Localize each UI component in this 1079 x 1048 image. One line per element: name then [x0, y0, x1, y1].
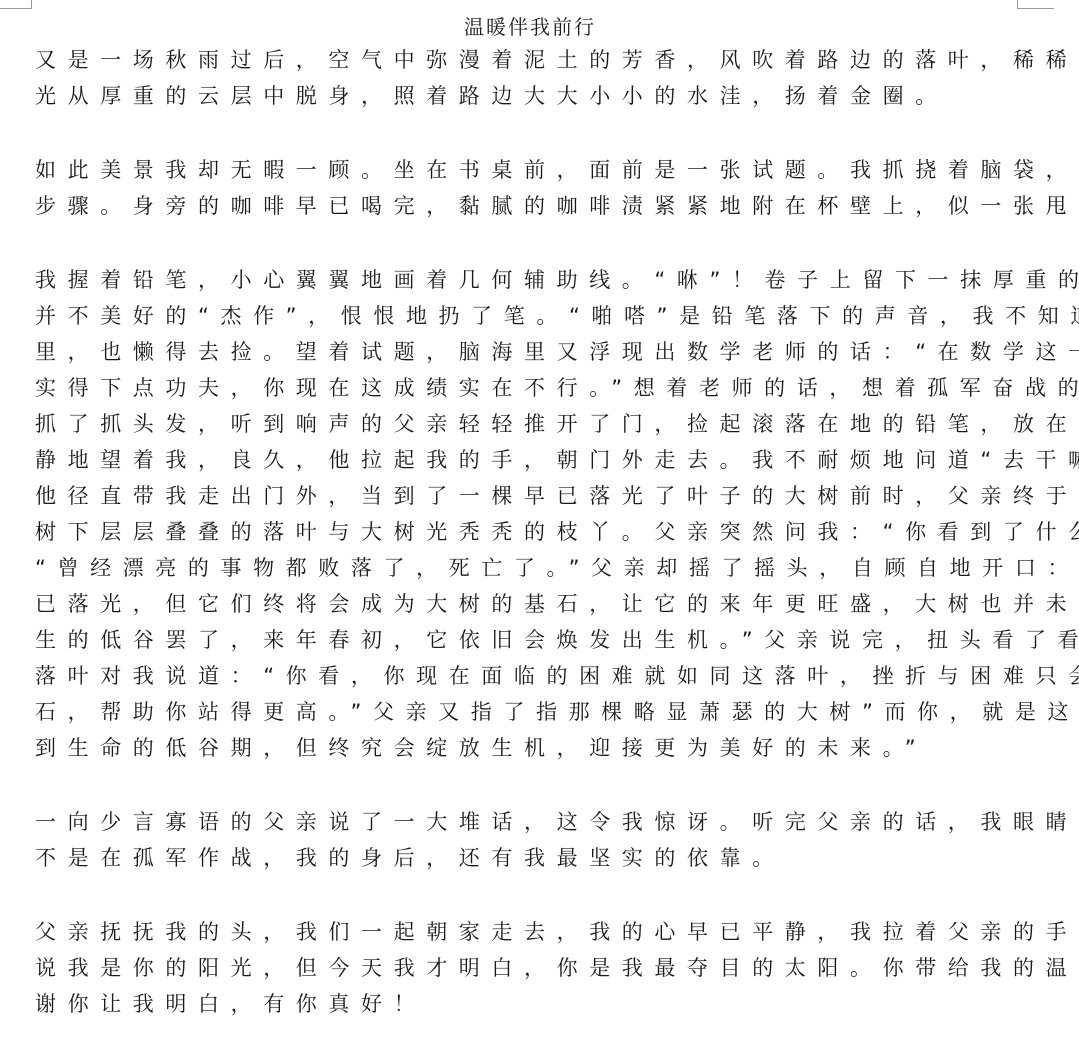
text-line: 不是在孤军作战，我的身后，还有我最坚实的依靠。	[35, 840, 1025, 876]
text-line: 抓了抓头发，听到响声的父亲轻轻推开了门，捡起滚落在地的铅笔，放在我的书桌上。他静	[35, 406, 1025, 442]
text-line: 树下层层叠叠的落叶与大树光秃秃的枝丫。父亲突然问我：“你看到了什么？”我撇撇嘴：	[35, 514, 1025, 550]
text-line: 步骤。身旁的咖啡早已喝完，黏腻的咖啡渍紧紧地附在杯壁上，似一张甩脱不掉的大网。	[35, 188, 1025, 224]
text-line: 一向少言寡语的父亲说了一大堆话，这令我惊讶。听完父亲的话，我眼睛酸酸的，原来我并	[35, 804, 1025, 840]
paragraph-spacer	[35, 114, 1025, 152]
text-line: 并不美好的“杰作”，恨恨地扔了笔。“啪嗒”是铅笔落下的声音，我不知道它滚落在了哪	[35, 298, 1025, 334]
text-line: 父亲抚抚我的头，我们一起朝家走去，我的心早已平静，我拉着父亲的手，心里想：你总是	[35, 914, 1025, 950]
text-line: 落叶对我说道：“你看，你现在面临的困难就如同这落叶，挫折与困难只会成为你脚下的基	[35, 658, 1025, 694]
text-line: 他径直带我走出门外，当到了一棵早已落光了叶子的大树前时，父亲终于停住了脚步，望着	[35, 478, 1025, 514]
text-line: 生的低谷罢了，来年春初，它依旧会焕发出生机。”父亲说完，扭头看了看我，捡起了一片	[35, 622, 1025, 658]
paragraph: 一向少言寡语的父亲说了一大堆话，这令我惊讶。听完父亲的话，我眼睛酸酸的，原来我并…	[35, 804, 1025, 876]
document-page[interactable]: 温暖伴我前行 又是一场秋雨过后，空气中弥漫着泥土的芳香，风吹着路边的落叶，稀稀索…	[35, 12, 1025, 1022]
text-line: 谢你让我明白，有你真好！	[35, 986, 1025, 1022]
paragraph: 我握着铅笔，小心翼翼地画着几何辅助线。“咻”！卷子上留下一抹厚重的黑线，我望着这…	[35, 262, 1025, 766]
page-corner-mark-top-right	[1017, 0, 1054, 9]
page-corner-mark-top-left	[0, 0, 32, 9]
text-line: 石，帮助你站得更高。”父亲又指了指那棵略显萧瑟的大树”而你，就是这棵树，尽管会遇	[35, 694, 1025, 730]
paragraph: 如此美景我却无暇一顾。坐在书桌前，面前是一张试题。我抓挠着脑袋，努力去想它的解题…	[35, 152, 1025, 224]
text-line: 光从厚重的云层中脱身，照着路边大大小小的水洼，扬着金圈。	[35, 78, 1025, 114]
paragraph-spacer	[35, 876, 1025, 914]
paragraph: 又是一场秋雨过后，空气中弥漫着泥土的芳香，风吹着路边的落叶，稀稀索索地响，几束阳…	[35, 42, 1025, 114]
text-line: 我握着铅笔，小心翼翼地画着几何辅助线。“咻”！卷子上留下一抹厚重的黑线，我望着这	[35, 262, 1025, 298]
paragraph-spacer	[35, 766, 1025, 804]
text-line: 到生命的低谷期，但终究会绽放生机，迎接更为美好的未来。”	[35, 730, 1025, 766]
document-title: 温暖伴我前行	[35, 12, 1025, 42]
paragraph: 父亲抚抚我的头，我们一起朝家走去，我的心早已平静，我拉着父亲的手，心里想：你总是…	[35, 914, 1025, 1022]
text-line: 已落光，但它们终将会成为大树的基石，让它的来年更旺盛，大树也并未败落，这只是它人	[35, 586, 1025, 622]
paragraph-spacer	[35, 224, 1025, 262]
text-line: 里，也懒得去捡。望着试题，脑海里又浮现出数学老师的话：“在数学这一方面，你确确实	[35, 334, 1025, 370]
text-line: 如此美景我却无暇一顾。坐在书桌前，面前是一张试题。我抓挠着脑袋，努力去想它的解题	[35, 152, 1025, 188]
text-line: 实得下点功夫，你现在这成绩实在不行。”想着老师的话，想着孤军奋战的自己，我烦躁地	[35, 370, 1025, 406]
text-line: “曾经漂亮的事物都败落了，死亡了。”父亲却摇了摇头，自顾自地开口：“不对，落叶虽	[35, 550, 1025, 586]
text-line: 说我是你的阳光，但今天我才明白，你是我最夺目的太阳。你带给我的温暖，陪伴我成长。	[35, 950, 1025, 986]
text-line: 又是一场秋雨过后，空气中弥漫着泥土的芳香，风吹着路边的落叶，稀稀索索地响，几束阳	[35, 42, 1025, 78]
text-line: 静地望着我，良久，他拉起我的手，朝门外走去。我不耐烦地问道“去干嘛？”父亲不语。	[35, 442, 1025, 478]
document-body[interactable]: 又是一场秋雨过后，空气中弥漫着泥土的芳香，风吹着路边的落叶，稀稀索索地响，几束阳…	[35, 42, 1025, 1022]
